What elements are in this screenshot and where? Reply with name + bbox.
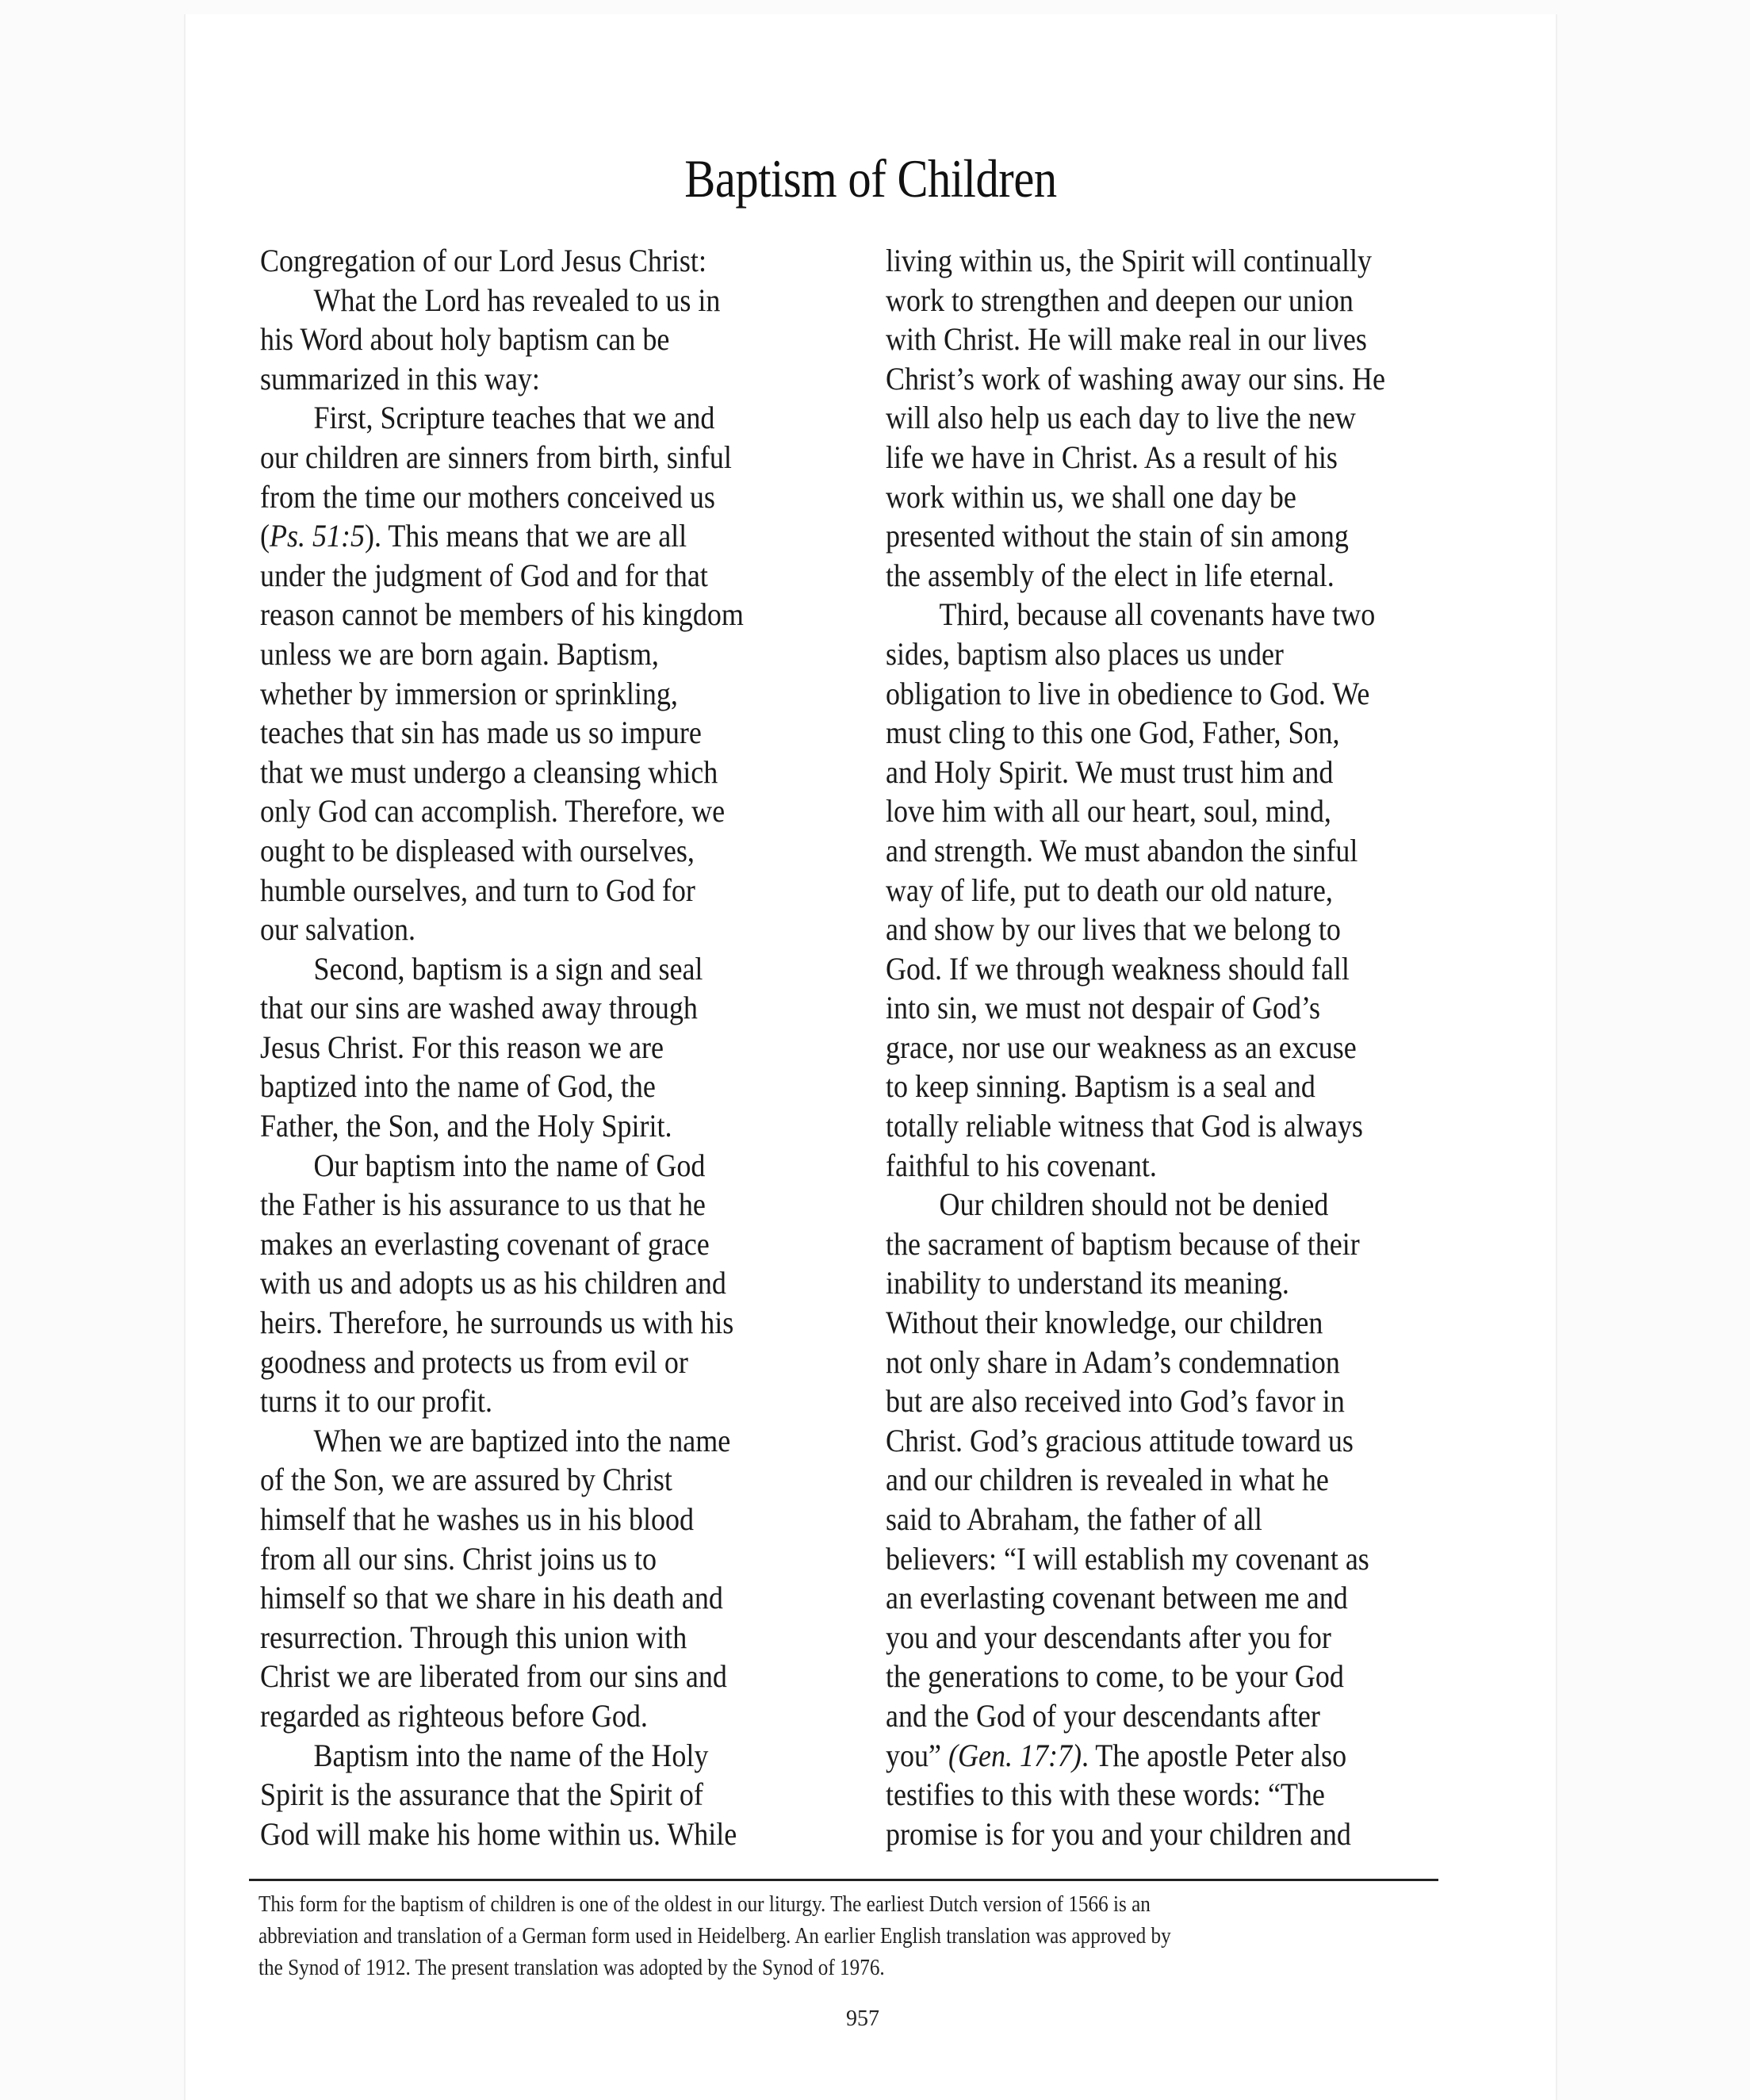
text-line: and our children is revealed in what he: [886, 1460, 1488, 1500]
text-line: goodness and protects us from evil or: [260, 1343, 862, 1382]
footnote-divider: [249, 1879, 1438, 1881]
text-line: but are also received into God’s favor i…: [886, 1381, 1488, 1421]
scripture-reference: Ps. 51:5: [270, 518, 365, 554]
text-line: from all our sins. Christ joins us to: [260, 1539, 862, 1579]
text-line: teaches that sin has made us so impure: [260, 713, 862, 753]
text-line: summarized in this way:: [260, 359, 862, 399]
text-line: humble ourselves, and turn to God for: [260, 871, 862, 910]
text-line: Father, the Son, and the Holy Spirit.: [260, 1106, 862, 1146]
text-line: and show by our lives that we belong to: [886, 910, 1488, 949]
text-line: Congregation of our Lord Jesus Christ:: [260, 241, 862, 281]
text-line: Christ’s work of washing away our sins. …: [886, 359, 1488, 399]
text-line: believers: “I will establish my covenant…: [886, 1539, 1488, 1579]
text-line: testifies to this with these words: “The: [886, 1775, 1488, 1815]
text-line: our salvation.: [260, 910, 862, 949]
text-line: presented without the stain of sin among: [886, 516, 1488, 556]
text-line: will also help us each day to live the n…: [886, 398, 1488, 438]
text-line: way of life, put to death our old nature…: [886, 871, 1488, 910]
text-line: When we are baptized into the name: [260, 1421, 862, 1461]
text-line: his Word about holy baptism can be: [260, 320, 862, 359]
text-line: Jesus Christ. For this reason we are: [260, 1028, 862, 1067]
text-line: God will make his home within us. While: [260, 1815, 862, 1854]
text-line: under the judgment of God and for that: [260, 556, 862, 596]
footnote-line: the Synod of 1912. The present translati…: [258, 1952, 1372, 1984]
text-line: unless we are born again. Baptism,: [260, 634, 862, 674]
text-line: life we have in Christ. As a result of h…: [886, 438, 1488, 477]
text-line: love him with all our heart, soul, mind,: [886, 791, 1488, 831]
text-line: reason cannot be members of his kingdom: [260, 595, 862, 634]
text-line: ought to be displeased with ourselves,: [260, 831, 862, 871]
text-line: whether by immersion or sprinkling,: [260, 674, 862, 714]
text-line: God. If we through weakness should fall: [886, 949, 1488, 989]
right-column-text: living within us, the Spirit will contin…: [886, 241, 1488, 1853]
text-line: with us and adopts us as his children an…: [260, 1263, 862, 1303]
text-line: the sacrament of baptism because of thei…: [886, 1224, 1488, 1264]
text-line: inability to understand its meaning.: [886, 1263, 1488, 1303]
text-line: Our baptism into the name of God: [260, 1146, 862, 1186]
text-line: you and your descendants after you for: [886, 1618, 1488, 1657]
text-line: regarded as righteous before God.: [260, 1696, 862, 1736]
text-line: of the Son, we are assured by Christ: [260, 1460, 862, 1500]
text-line: Without their knowledge, our children: [886, 1303, 1488, 1343]
text-line: work within us, we shall one day be: [886, 477, 1488, 517]
text-line: obligation to live in obedience to God. …: [886, 674, 1488, 714]
text-line: First, Scripture teaches that we and: [260, 398, 862, 438]
text-line: grace, nor use our weakness as an excuse: [886, 1028, 1488, 1067]
left-column: Congregation of our Lord Jesus Christ:Wh…: [260, 241, 863, 1853]
text-line: makes an everlasting covenant of grace: [260, 1224, 862, 1264]
text-line: sides, baptism also places us under: [886, 634, 1488, 674]
text-line: that our sins are washed away through: [260, 988, 862, 1028]
text-line: from the time our mothers conceived us: [260, 477, 862, 517]
text-line: promise is for you and your children and: [886, 1815, 1488, 1854]
text-line: our children are sinners from birth, sin…: [260, 438, 862, 477]
footnote-line: This form for the baptism of children is…: [258, 1889, 1372, 1921]
text-line: to keep sinning. Baptism is a seal and: [886, 1067, 1488, 1106]
text-line: and strength. We must abandon the sinful: [886, 831, 1488, 871]
left-column-text: Congregation of our Lord Jesus Christ:Wh…: [260, 241, 862, 1853]
footnote-line: abbreviation and translation of a German…: [258, 1921, 1372, 1952]
text-line: himself that he washes us in his blood: [260, 1500, 862, 1539]
text-line: you” (Gen. 17:7). The apostle Peter also: [886, 1736, 1488, 1776]
scripture-reference: (Gen. 17:7): [948, 1738, 1082, 1773]
text-line: into sin, we must not despair of God’s: [886, 988, 1488, 1028]
text-line: an everlasting covenant between me and: [886, 1578, 1488, 1618]
text-line: turns it to our profit.: [260, 1381, 862, 1421]
text-line: must cling to this one God, Father, Son,: [886, 713, 1488, 753]
text-line: the generations to come, to be your God: [886, 1657, 1488, 1696]
page-title: Baptism of Children: [281, 148, 1460, 210]
text-line: faithful to his covenant.: [886, 1146, 1488, 1186]
text-line: baptized into the name of God, the: [260, 1067, 862, 1106]
text-line: and the God of your descendants after: [886, 1696, 1488, 1736]
text-line: said to Abraham, the father of all: [886, 1500, 1488, 1539]
text-line: that we must undergo a cleansing which: [260, 753, 862, 792]
footnote: This form for the baptism of children is…: [258, 1889, 1495, 1984]
text-line: the Father is his assurance to us that h…: [260, 1185, 862, 1224]
text-line: Christ we are liberated from our sins an…: [260, 1657, 862, 1696]
page-number: 957: [186, 2006, 1556, 2032]
text-line: only God can accomplish. Therefore, we: [260, 791, 862, 831]
text-line: Christ. God’s gracious attitude toward u…: [886, 1421, 1488, 1461]
text-line: with Christ. He will make real in our li…: [886, 320, 1488, 359]
text-line: the assembly of the elect in life eterna…: [886, 556, 1488, 596]
text-line: resurrection. Through this union with: [260, 1618, 862, 1657]
right-column: living within us, the Spirit will contin…: [886, 241, 1488, 1853]
text-line: living within us, the Spirit will contin…: [886, 241, 1488, 281]
text-line: totally reliable witness that God is alw…: [886, 1106, 1488, 1146]
text-line: work to strengthen and deepen our union: [886, 281, 1488, 320]
text-line: What the Lord has revealed to us in: [260, 281, 862, 320]
text-line: not only share in Adam’s condemnation: [886, 1343, 1488, 1382]
text-line: Our children should not be denied: [886, 1185, 1488, 1224]
text-line: Second, baptism is a sign and seal: [260, 949, 862, 989]
text-line: heirs. Therefore, he surrounds us with h…: [260, 1303, 862, 1343]
text-line: Third, because all covenants have two: [886, 595, 1488, 634]
text-line: (Ps. 51:5). This means that we are all: [260, 516, 862, 556]
text-line: Spirit is the assurance that the Spirit …: [260, 1775, 862, 1815]
text-line: and Holy Spirit. We must trust him and: [886, 753, 1488, 792]
document-page: Baptism of Children Congregation of our …: [184, 14, 1557, 2100]
text-line: himself so that we share in his death an…: [260, 1578, 862, 1618]
text-line: Baptism into the name of the Holy: [260, 1736, 862, 1776]
